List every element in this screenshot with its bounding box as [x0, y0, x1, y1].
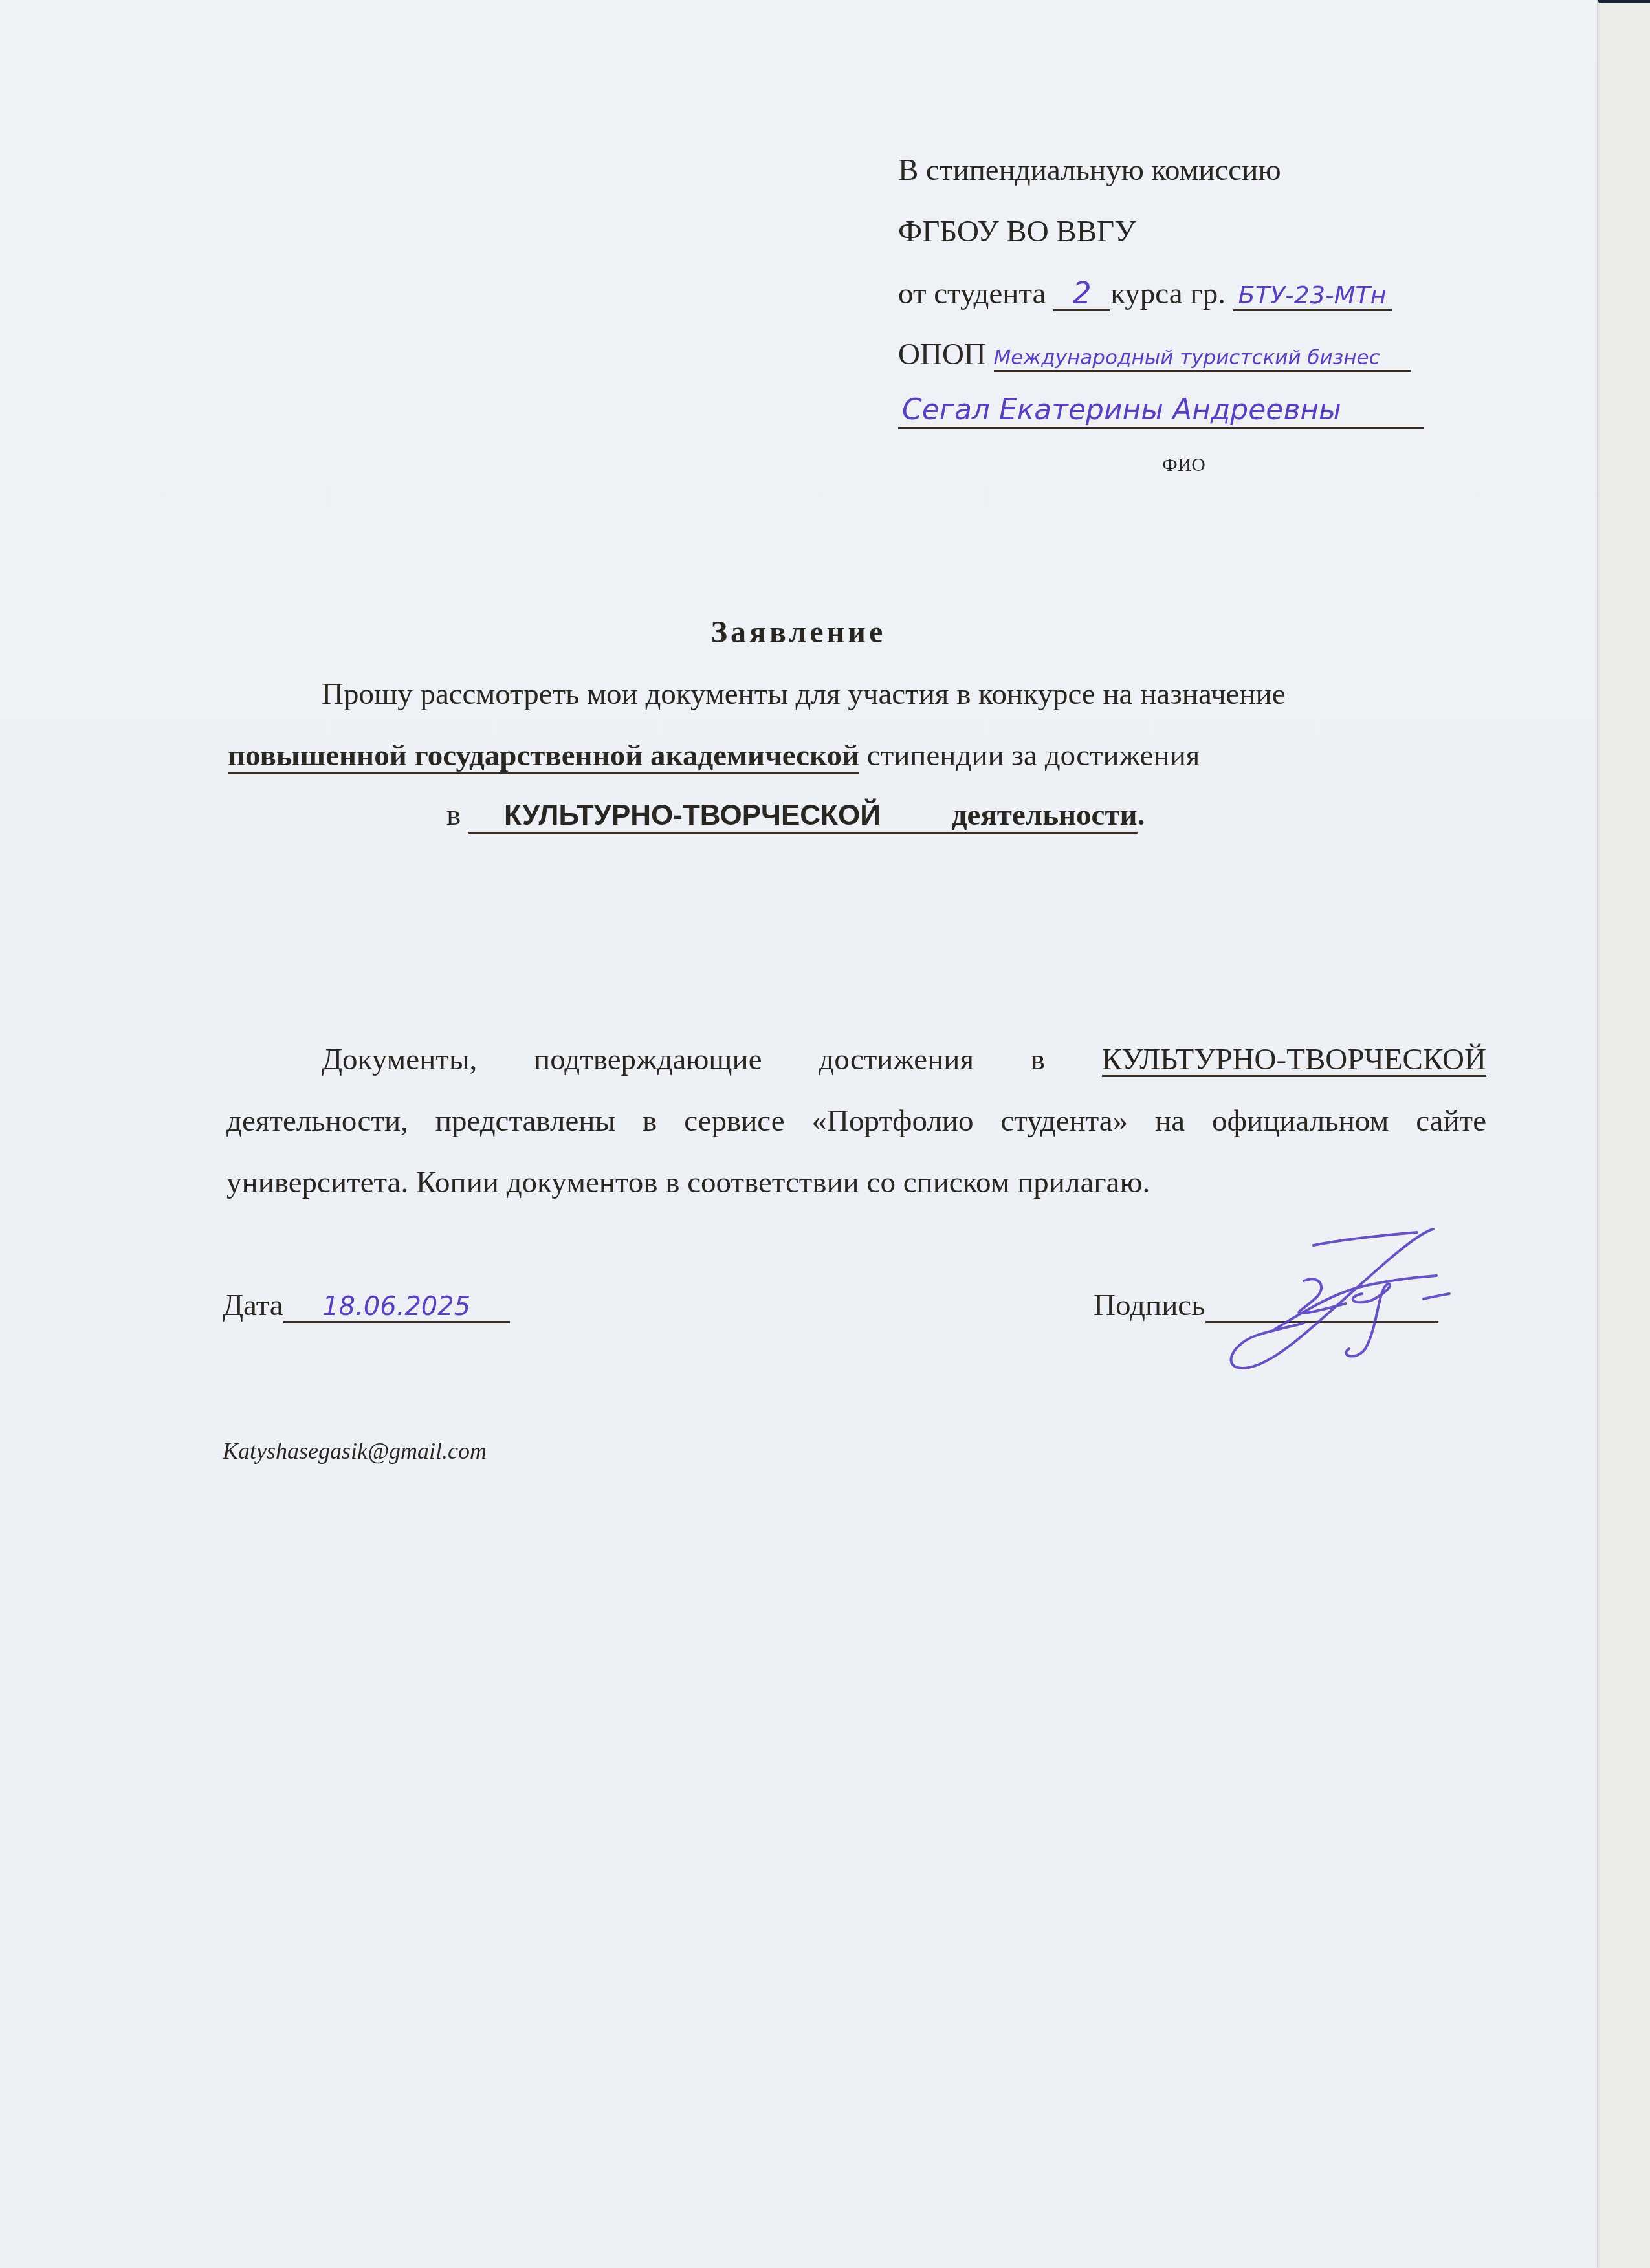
doc-word: подтверждающие [534, 1045, 762, 1077]
fio-label: ФИО [1162, 454, 1205, 476]
scanner-edge [1598, 0, 1650, 3]
full-name-value: Сегал Екатерины Андреевны [902, 393, 1341, 426]
signature-scribble-icon [1165, 1216, 1462, 1384]
request-line-2-rest: стипендии за достижения [867, 739, 1200, 772]
date-field: 18.06.2025 [283, 1291, 510, 1323]
email-address: Katyshasegasik@gmail.com [223, 1437, 487, 1465]
request-line-3: в КУЛЬТУРНО-ТВОРЧЕСКОЙдеятельности . [446, 800, 1145, 834]
date-value: 18.06.2025 [322, 1292, 470, 1322]
student-course-group-line: от студента 2 курса гр. БТУ-23-МТн [898, 278, 1392, 311]
date-line: Дата18.06.2025 [223, 1291, 510, 1323]
course-suffix: курса гр. [1110, 277, 1226, 311]
request-line-2: повышенной государственной академической… [228, 741, 1200, 771]
request-line-1: Прошу рассмотреть мои документы для учас… [322, 679, 1286, 710]
addressee-line-1: В стипендиальную комиссию [898, 155, 1281, 186]
course-field: 2 [1053, 278, 1110, 311]
addressee-line-2: ФГБОУ ВО ВВГУ [898, 217, 1136, 247]
opop-value: Международный туристский бизнес [994, 346, 1380, 369]
activity-value: КУЛЬТУРНО-ТВОРЧЕСКОЙ [504, 800, 881, 831]
course-value: 2 [1073, 276, 1092, 311]
doc-word: в [1031, 1045, 1045, 1077]
group-value: БТУ-23-МТн [1238, 281, 1387, 309]
documents-activity: КУЛЬТУРНО-ТВОРЧЕСКОЙ [1102, 1045, 1486, 1077]
activity-field: КУЛЬТУРНО-ТВОРЧЕСКОЙдеятельности [468, 800, 1138, 834]
doc-word: Документы, [322, 1045, 477, 1077]
date-label: Дата [223, 1289, 283, 1322]
opop-field: Международный туристский бизнес [994, 340, 1411, 372]
document-title: Заявление [0, 615, 1597, 650]
documents-line-3: университета. Копии документов в соответ… [226, 1168, 1150, 1198]
activity-suffix: деятельности [952, 798, 1138, 832]
scholarship-type: повышенной государственной академической [228, 739, 859, 774]
student-prefix: от студента [898, 277, 1046, 311]
documents-line-2: деятельности, представлены в сервисе «По… [226, 1106, 1486, 1137]
prep-v: в [446, 798, 461, 832]
documents-line-1: Документы, подтверждающие достижения в К… [322, 1045, 1486, 1077]
group-field: БТУ-23-МТн [1233, 279, 1392, 311]
request-period: . [1138, 798, 1145, 832]
full-name-field: Сегал Екатерины Андреевны [898, 388, 1424, 429]
opop-label: ОПОП [898, 338, 986, 371]
document-page: В стипендиальную комиссию ФГБОУ ВО ВВГУ … [0, 0, 1597, 2268]
opop-line: ОПОП Международный туристский бизнес [898, 340, 1411, 372]
doc-word: достижения [819, 1045, 974, 1077]
